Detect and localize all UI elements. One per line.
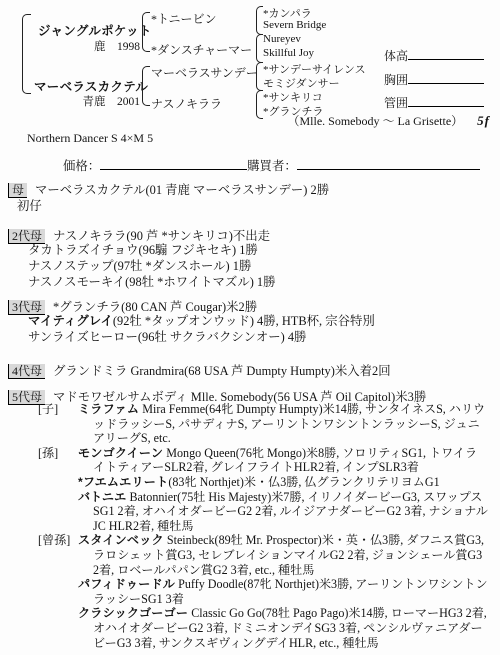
dam-section-head: 母マーベラスカクテル(01 青鹿 マーベラスサンデー) 2勝 xyxy=(8,180,329,198)
relation-label: [孫] xyxy=(38,446,58,461)
price-label: 価格： xyxy=(63,159,100,173)
sire-coat-year: 鹿 1998 xyxy=(38,38,140,54)
horse-name-bold: ミラファム xyxy=(78,402,139,416)
family-line: （Mlle. Somebody ～ La Grisette）5f xyxy=(190,112,490,130)
descendant-entry: *フエムエリート(83牝 Northjet)米・仏3勝, 仏グランクリテリヨムG… xyxy=(93,475,488,490)
progeny-record: (92牡 *タップオンウッド) 4勝, HTB杯, 宗谷特別 xyxy=(113,314,375,328)
girth-blank-line xyxy=(408,71,484,84)
dam-dam: ナスノキララ xyxy=(151,95,222,112)
cannon-label: 管囲 xyxy=(384,96,408,110)
progeny-line: サンライズヒーロー(96牡 サクラバクシンオー) 4勝 xyxy=(28,329,375,345)
dam-sire: マーベラスサンデー xyxy=(151,64,258,81)
girth-label: 胸囲 xyxy=(384,73,408,87)
horse-name-bold: クラシックゴーゴー xyxy=(78,606,188,620)
horse-record: Batonnier(75牡 His Majesty)米7勝, イリノイダービーG… xyxy=(93,490,488,533)
horse-name-bold: バトニエ xyxy=(78,490,126,504)
granddam2-record: ナスノキララ(90 芦 *サンキリコ)不出走 xyxy=(53,229,270,243)
buyer-label: 購買者： xyxy=(247,159,297,173)
descendant-entries: [子]ミラファム Mira Femme(64牝 Dumpty Humpty)米1… xyxy=(0,402,500,650)
price-blank-line xyxy=(100,157,247,170)
grandparents-bracket-1 xyxy=(256,6,263,35)
grandparents-bracket-2 xyxy=(256,34,263,63)
sire-name: ジャングルポケット xyxy=(38,21,152,39)
granddam4-head: 4代母グランドミラ Grandmira(68 USA 芦 Dumpty Hump… xyxy=(8,361,391,379)
granddam3-children: マイティグレイ(92牡 *タップオンウッド) 4勝, HTB杯, 宗谷特別 サン… xyxy=(28,313,375,345)
dam-first-foal-note: 初仔 xyxy=(17,196,42,214)
grandparent-3: Nureyev xyxy=(263,33,301,45)
sire-sire: *トニービン xyxy=(151,10,217,27)
grandparents-bracket-3 xyxy=(256,62,263,91)
relation-label: [子] xyxy=(38,402,58,417)
granddam4-marker: 4代母 xyxy=(8,364,45,379)
girth-field: 胸囲 xyxy=(384,71,484,88)
inbreeding-note: Northern Dancer S 4×M 5 xyxy=(27,131,153,146)
relation-label: [曾孫] xyxy=(38,533,70,548)
progeny-record: サンライズヒーロー(96牡 サクラバクシンオー) 4勝 xyxy=(28,330,306,344)
progeny-name-bold: マイティグレイ xyxy=(28,314,113,328)
grandparent-2: Severn Bridge xyxy=(263,19,326,31)
horse-name-bold: モンゴクイーン xyxy=(78,446,163,460)
sale-row: 価格：購買者： xyxy=(63,156,480,174)
horse-record: (83牝 Northjet)米・仏3勝, 仏グランクリテリヨムG1 xyxy=(168,475,439,489)
cannon-blank-line xyxy=(408,94,484,107)
descendant-entry: クラシックゴーゴー Classic Go Go(78牡 Pago Pago)米1… xyxy=(93,606,488,650)
descendant-entry: [孫]モンゴクイーン Mongo Queen(76牝 Mongo)米8勝, ソロ… xyxy=(93,446,488,475)
catalog-page: ジャングルポケット 鹿 1998 マーベラスカクテル 青鹿 2001 *トニービ… xyxy=(0,0,500,655)
progeny-line: マイティグレイ(92牡 *タップオンウッド) 4勝, HTB杯, 宗谷特別 xyxy=(28,313,375,329)
height-field: 体高 xyxy=(384,47,484,64)
height-label: 体高 xyxy=(384,49,408,63)
horse-name-bold: パフィドゥードル xyxy=(78,577,175,591)
pedigree-outer-bracket xyxy=(22,14,31,94)
height-blank-line xyxy=(408,47,484,60)
dam-record: マーベラスカクテル(01 青鹿 マーベラスサンデー) 2勝 xyxy=(35,183,329,197)
horse-record: Mira Femme(64牝 Dumpty Humpty)米14勝, サンタイネ… xyxy=(93,402,485,445)
progeny-line: ナスノステップ(97牡 *ダンスホール) 1勝 xyxy=(28,258,276,274)
horse-name-bold: *フエムエリート xyxy=(78,475,168,489)
buyer-blank-line xyxy=(297,157,480,170)
dam-coat-year: 青鹿 2001 xyxy=(38,93,140,109)
descendant-entry: [曾孫]スタインベック Steinbeck(89牡 Mr. Prospector… xyxy=(93,533,488,577)
descendant-entry: [子]ミラファム Mira Femme(64牝 Dumpty Humpty)米1… xyxy=(93,402,488,446)
progeny-line: タカトラズイチョウ(96騸 フジキセキ) 1勝 xyxy=(28,242,276,258)
descendant-entry: バトニエ Batonnier(75牡 His Majesty)米7勝, イリノイ… xyxy=(93,490,488,534)
dam-parents-bracket xyxy=(142,66,150,106)
granddam4-record: グランドミラ Grandmira(68 USA 芦 Dumpty Humpty)… xyxy=(53,364,391,378)
sire-parents-bracket xyxy=(142,12,150,52)
cannon-field: 管囲 xyxy=(384,94,484,111)
family-note: （Mlle. Somebody ～ La Grisette） xyxy=(288,114,464,128)
grandparent-4: Skillful Joy xyxy=(263,47,314,59)
progeny-line: ナスノスモーキイ(98牡 *ホワイトマズル) 1勝 xyxy=(28,274,276,290)
horse-name-bold: スタインベック xyxy=(78,533,164,547)
descendant-entry: パフィドゥードル Puffy Doodle(87牝 Northjet)米3勝, … xyxy=(93,577,488,606)
family-number: 5f xyxy=(477,113,490,128)
sire-dam: *ダンスチャーマー xyxy=(151,41,252,58)
granddam3-record: *グランチラ(80 CAN 芦 Cougar)米2勝 xyxy=(53,300,257,314)
granddam2-children: タカトラズイチョウ(96騸 フジキセキ) 1勝 ナスノステップ(97牡 *ダンス… xyxy=(28,242,276,290)
